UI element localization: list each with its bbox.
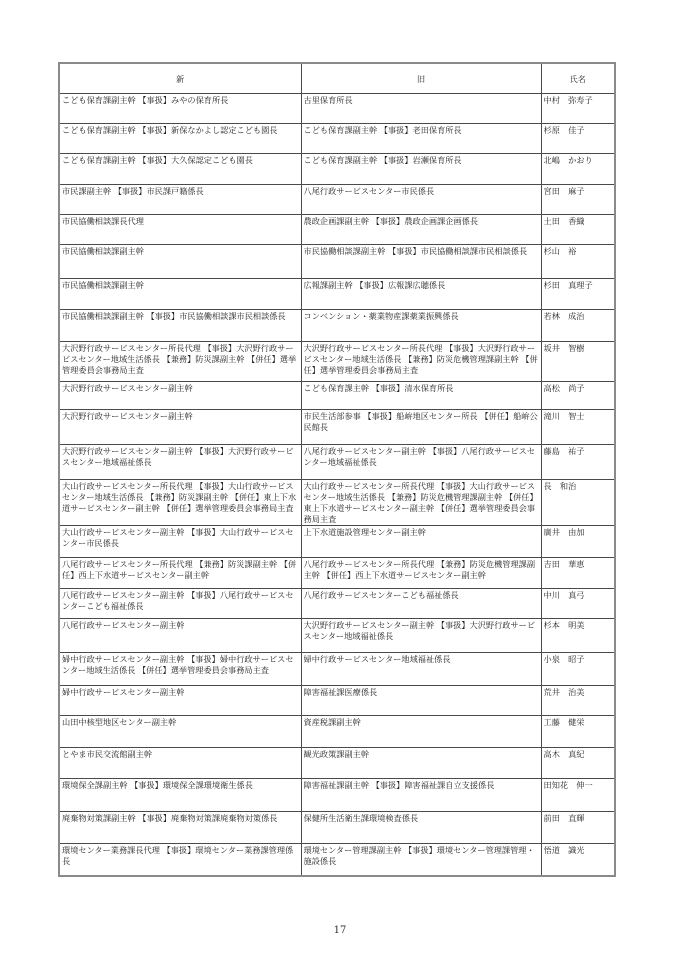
cell-name: 坂井 智樹 [541, 342, 615, 382]
cell-old: 大山行政サービスセンター所長代理 【事扱】大山行政サービスセンター地域生活係長 … [301, 480, 541, 526]
table-row: 市民協働相談課副主幹 【事扱】市民協働相談課市民相談係長コンベンション・薬業物産… [59, 310, 615, 342]
cell-name: 杉原 佳子 [541, 124, 615, 154]
cell-new: こども保育課副主幹 【事扱】大久保認定こども園長 [59, 154, 301, 185]
cell-old: 保健所生活衛生課環境検査係長 [301, 812, 541, 844]
cell-new: 大沢野行政サービスセンター副主幹 【事扱】大沢野行政サービスセンター地域福祉係長 [59, 445, 301, 480]
cell-old: 広報課副主幹 【事扱】広報課広聴係長 [301, 279, 541, 310]
cell-old: 資産税課副主幹 [301, 716, 541, 748]
cell-new: 大沢野行政サービスセンター所長代理 【事扱】大沢野行政サービスセンター地域生活係… [59, 342, 301, 382]
cell-new: 大沢野行政サービスセンター副主幹 [59, 410, 301, 445]
table-row: 八尾行政サービスセンター副主幹大沢野行政サービスセンター副主幹 【事扱】大沢野行… [59, 619, 615, 653]
table-row: とやま市民交流館副主幹観光政策課副主幹高木 真紀 [59, 748, 615, 779]
cell-old: 観光政策課副主幹 [301, 748, 541, 779]
table-row: 大沢野行政サービスセンター副主幹こども保育課主幹 【事扱】清水保育所長高松 尚子 [59, 382, 615, 410]
cell-new: こども保育課副主幹 【事扱】新保なかよし認定こども園長 [59, 124, 301, 154]
cell-old: こども保育課副主幹 【事扱】岩瀬保育所長 [301, 154, 541, 185]
cell-old: 八尾行政サービスセンターこども福祉係長 [301, 589, 541, 619]
cell-name: 荒井 治美 [541, 686, 615, 716]
table-row: 市民課副主幹 【事扱】市民課戸籍係長八尾行政サービスセンター市民係長宮田 麻子 [59, 185, 615, 215]
cell-new: 市民協働相談課副主幹 [59, 279, 301, 310]
cell-old: 八尾行政サービスセンター市民係長 [301, 185, 541, 215]
cell-old: 市民協働相談課副主幹 【事扱】市民協働相談課市民相談係長 [301, 245, 541, 279]
personnel-table: 新 旧 氏名 こども保育課副主幹 【事扱】みやの保育所長古里保育所長中村 弥寿子… [58, 62, 616, 877]
cell-new: 山田中核型地区センター副主幹 [59, 716, 301, 748]
cell-name: 中川 真弓 [541, 589, 615, 619]
table-row: こども保育課副主幹 【事扱】新保なかよし認定こども園長こども保育課副主幹 【事扱… [59, 124, 615, 154]
cell-new: こども保育課副主幹 【事扱】みやの保育所長 [59, 94, 301, 124]
table-row: 環境保全課副主幹 【事扱】環境保全課環境衛生係長障害福祉課副主幹 【事扱】障害福… [59, 779, 615, 812]
cell-name: 宮田 麻子 [541, 185, 615, 215]
cell-old: 障害福祉課副主幹 【事扱】障害福祉課自立支援係長 [301, 779, 541, 812]
cell-name: 前田 直輝 [541, 812, 615, 844]
table-row: 八尾行政サービスセンター所長代理 【兼務】防災課副主幹 【併任】西上下水道サービ… [59, 558, 615, 589]
table-row: 山田中核型地区センター副主幹資産税課副主幹工藤 健栄 [59, 716, 615, 748]
cell-new: 婦中行政サービスセンター副主幹 【事扱】婦中行政サービスセンター地域生活係長 【… [59, 653, 301, 686]
header-old: 旧 [301, 63, 541, 94]
cell-new: 大沢野行政サービスセンター副主幹 [59, 382, 301, 410]
cell-old: 婦中行政サービスセンター地域福祉係長 [301, 653, 541, 686]
cell-old: 障害福祉課医療係長 [301, 686, 541, 716]
cell-old: こども保育課副主幹 【事扱】老田保育所長 [301, 124, 541, 154]
cell-old: コンベンション・薬業物産課薬業振興係長 [301, 310, 541, 342]
header-new: 新 [59, 63, 301, 94]
cell-old: 環境センター管理課副主幹 【事扱】環境センター管理課管理・施設係長 [301, 844, 541, 876]
cell-new: 市民協働相談課副主幹 【事扱】市民協働相談課市民相談係長 [59, 310, 301, 342]
cell-name: 藤島 祐子 [541, 445, 615, 480]
cell-new: 八尾行政サービスセンター所長代理 【兼務】防災課副主幹 【併任】西上下水道サービ… [59, 558, 301, 589]
cell-old: 大沢野行政サービスセンター所長代理 【事扱】大沢野行政サービスセンター地域生活係… [301, 342, 541, 382]
table-row: こども保育課副主幹 【事扱】みやの保育所長古里保育所長中村 弥寿子 [59, 94, 615, 124]
cell-new: 市民協働相談課長代理 [59, 215, 301, 245]
table-row: 婦中行政サービスセンター副主幹 【事扱】婦中行政サービスセンター地域生活係長 【… [59, 653, 615, 686]
cell-name: 杉山 裕 [541, 245, 615, 279]
cell-name: 北嶋 かおり [541, 154, 615, 185]
cell-old: 大沢野行政サービスセンター副主幹 【事扱】大沢野行政サービスセンター地域福祉係長 [301, 619, 541, 653]
cell-name: 小泉 昭子 [541, 653, 615, 686]
cell-name: 若林 成治 [541, 310, 615, 342]
cell-old: 古里保育所長 [301, 94, 541, 124]
cell-old: 市民生活部参事 【事扱】船峅地区センター所長 【併任】船峅公民館長 [301, 410, 541, 445]
cell-name: 杉本 明美 [541, 619, 615, 653]
cell-name: 長 和治 [541, 480, 615, 526]
table-body: こども保育課副主幹 【事扱】みやの保育所長古里保育所長中村 弥寿子こども保育課副… [59, 94, 615, 876]
cell-name: 高木 真紀 [541, 748, 615, 779]
table-row: 大沢野行政サービスセンター副主幹 【事扱】大沢野行政サービスセンター地域福祉係長… [59, 445, 615, 480]
table-row: 婦中行政サービスセンター副主幹障害福祉課医療係長荒井 治美 [59, 686, 615, 716]
cell-new: 八尾行政サービスセンター副主幹 【事扱】八尾行政サービスセンターこども福祉係長 [59, 589, 301, 619]
cell-name: 吉田 華恵 [541, 558, 615, 589]
cell-name: 工藤 健栄 [541, 716, 615, 748]
cell-new: 市民協働相談課副主幹 [59, 245, 301, 279]
cell-new: とやま市民交流館副主幹 [59, 748, 301, 779]
cell-name: 滝川 智士 [541, 410, 615, 445]
cell-new: 八尾行政サービスセンター副主幹 [59, 619, 301, 653]
cell-name: 悟道 識光 [541, 844, 615, 876]
table-row: 大山行政サービスセンター副主幹 【事扱】大山行政サービスセンター市民係長上下水道… [59, 526, 615, 558]
cell-new: 環境保全課副主幹 【事扱】環境保全課環境衛生係長 [59, 779, 301, 812]
table-row: 八尾行政サービスセンター副主幹 【事扱】八尾行政サービスセンターこども福祉係長八… [59, 589, 615, 619]
cell-new: 環境センター業務課長代理 【事扱】環境センター業務課管理係長 [59, 844, 301, 876]
cell-name: 田知花 伸一 [541, 779, 615, 812]
table-row: 大山行政サービスセンター所長代理 【事扱】大山行政サービスセンター地域生活係長 … [59, 480, 615, 526]
cell-old: 農政企画課副主幹 【事扱】農政企画課企画係長 [301, 215, 541, 245]
cell-new: 大山行政サービスセンター副主幹 【事扱】大山行政サービスセンター市民係長 [59, 526, 301, 558]
cell-new: 廃棄物対策課副主幹 【事扱】廃棄物対策課廃棄物対策係長 [59, 812, 301, 844]
cell-new: 大山行政サービスセンター所長代理 【事扱】大山行政サービスセンター地域生活係長 … [59, 480, 301, 526]
table-header-row: 新 旧 氏名 [59, 63, 615, 94]
cell-name: 高松 尚子 [541, 382, 615, 410]
cell-old: 八尾行政サービスセンター副主幹 【事扱】八尾行政サービスセンター地域福祉係長 [301, 445, 541, 480]
table-row: 市民協働相談課長代理農政企画課副主幹 【事扱】農政企画課企画係長土田 香織 [59, 215, 615, 245]
cell-name: 土田 香織 [541, 215, 615, 245]
table-row: 大沢野行政サービスセンター所長代理 【事扱】大沢野行政サービスセンター地域生活係… [59, 342, 615, 382]
cell-old: 八尾行政サービスセンター所長代理 【兼務】防災危機管理課副主幹 【併任】西上下水… [301, 558, 541, 589]
table-row: 市民協働相談課副主幹市民協働相談課副主幹 【事扱】市民協働相談課市民相談係長杉山… [59, 245, 615, 279]
cell-name: 中村 弥寿子 [541, 94, 615, 124]
cell-name: 廣井 由加 [541, 526, 615, 558]
table-row: 大沢野行政サービスセンター副主幹市民生活部参事 【事扱】船峅地区センター所長 【… [59, 410, 615, 445]
table-row: 環境センター業務課長代理 【事扱】環境センター業務課管理係長環境センター管理課副… [59, 844, 615, 876]
cell-old: こども保育課主幹 【事扱】清水保育所長 [301, 382, 541, 410]
cell-new: 市民課副主幹 【事扱】市民課戸籍係長 [59, 185, 301, 215]
cell-old: 上下水道施設管理センター副主幹 [301, 526, 541, 558]
cell-new: 婦中行政サービスセンター副主幹 [59, 686, 301, 716]
table-row: 市民協働相談課副主幹広報課副主幹 【事扱】広報課広聴係長杉田 真理子 [59, 279, 615, 310]
table-row: こども保育課副主幹 【事扱】大久保認定こども園長こども保育課副主幹 【事扱】岩瀬… [59, 154, 615, 185]
cell-name: 杉田 真理子 [541, 279, 615, 310]
table-row: 廃棄物対策課副主幹 【事扱】廃棄物対策課廃棄物対策係長保健所生活衛生課環境検査係… [59, 812, 615, 844]
page-number: 17 [0, 925, 680, 936]
header-name: 氏名 [541, 63, 615, 94]
